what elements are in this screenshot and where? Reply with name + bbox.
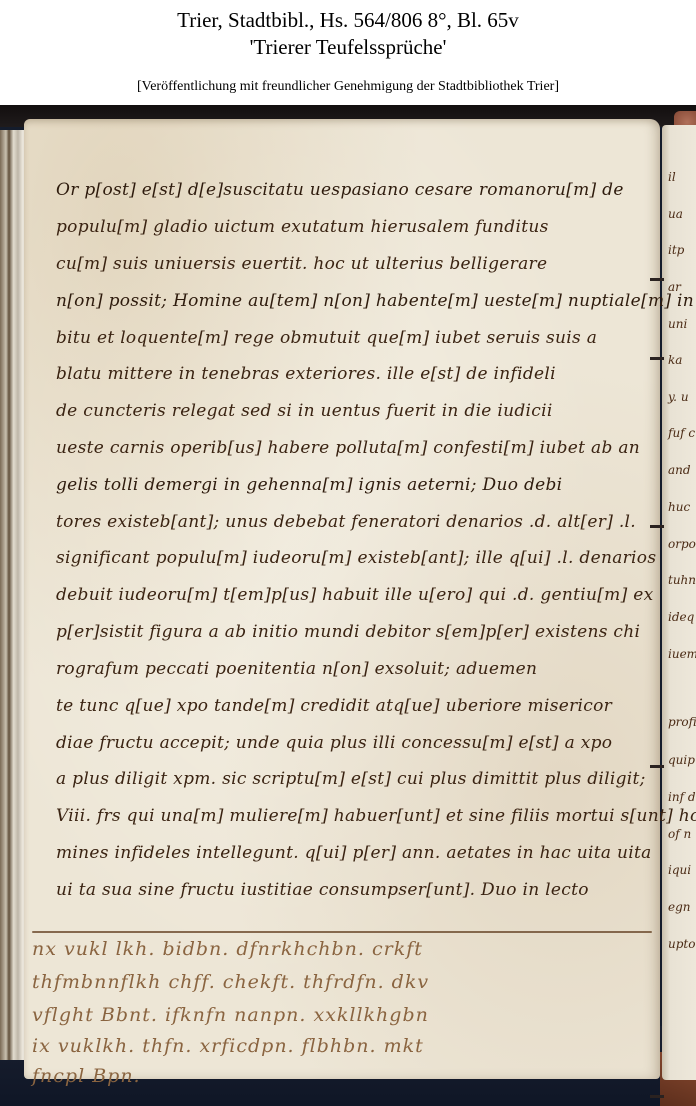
- page-tab-marker: [650, 1095, 664, 1098]
- manuscript-line: p[er]sistit figura a ab initio mundi deb…: [56, 622, 640, 642]
- manuscript-work-title: 'Trierer Teufelssprüche': [0, 35, 696, 59]
- manuscript-line: Or p[ost] e[st] d[e]suscitatu uespasiano…: [56, 180, 624, 200]
- cipher-line: ix vuklkh. thfn. xrficdpn. flbhbn. mkt: [32, 1035, 424, 1057]
- permission-credit-line: [Veröffentlichung mit freundlicher Geneh…: [0, 79, 696, 95]
- manuscript-line: ui ta sua sine fructu iustitiae consumps…: [56, 880, 589, 900]
- facing-fragment: ideq: [668, 610, 694, 624]
- manuscript-line: populu[m] gladio uictum exutatum hierusa…: [56, 217, 549, 237]
- cipher-line: vflght Bbnt. ifknfn nanpn. xxkllkhgbn: [32, 1004, 429, 1026]
- facing-fragment: huc: [668, 500, 690, 514]
- cipher-line: thfmbnnflkh chff. chekft. thfrdfn. dkv: [32, 971, 429, 993]
- facing-fragment: fuf c: [668, 426, 695, 440]
- facing-fragment: ka: [668, 353, 682, 367]
- facing-fragment: profi: [668, 715, 696, 729]
- page-tab-marker: [650, 525, 664, 528]
- manuscript-line: Viii. frs qui una[m] muliere[m] habuer[u…: [56, 806, 696, 826]
- page-tab-marker: [650, 278, 664, 281]
- manuscript-line: significant populu[m] iudeoru[m] existeb…: [56, 548, 656, 568]
- cipher-line: nx vukl lkh. bidbn. dfnrkhchbn. crkft: [32, 938, 423, 960]
- page-tab-marker: [650, 765, 664, 768]
- facing-fragment: ua: [668, 207, 683, 221]
- manuscript-shelfmark-title: Trier, Stadtbibl., Hs. 564/806 8°, Bl. 6…: [0, 8, 696, 32]
- manuscript-line: tores existeb[ant]; unus debebat fenerat…: [56, 512, 636, 532]
- manuscript-line: diae fructu accepit; unde quia plus illi…: [56, 733, 612, 753]
- manuscript-line: gelis tolli demergi in gehenna[m] ignis …: [56, 475, 562, 495]
- facing-page-strip: il ua itp ar uni ka y. u fuf c and huc o…: [662, 125, 696, 1080]
- facing-fragment: itp: [668, 243, 684, 257]
- manuscript-photograph: il ua itp ar uni ka y. u fuf c and huc o…: [0, 105, 696, 1106]
- manuscript-line: n[on] possit; Homine au[tem] n[on] haben…: [56, 291, 696, 311]
- ruled-divider-line: [32, 931, 652, 933]
- cipher-line: fncpl Bpn.: [32, 1065, 141, 1087]
- manuscript-line: rografum peccati poenitentia n[on] exsol…: [56, 659, 537, 679]
- facing-fragment: quip: [668, 753, 695, 767]
- facing-fragment: tuhn: [668, 573, 696, 587]
- facing-fragment: and: [668, 463, 691, 477]
- manuscript-line: a plus diligit xpm. sic scriptu[m] e[st]…: [56, 769, 646, 789]
- facing-fragment: uni: [668, 317, 687, 331]
- manuscript-line: te tunc q[ue] xpo tande[m] credidit atq[…: [56, 696, 612, 716]
- facing-fragment: egn: [668, 900, 691, 914]
- facing-fragment: inf d: [668, 790, 696, 804]
- facing-fragment: iuem: [668, 647, 696, 661]
- manuscript-line: blatu mittere in tenebras exteriores. il…: [56, 364, 556, 384]
- manuscript-line: mines infideles intellegunt. q[ui] p[er]…: [56, 843, 652, 863]
- facing-fragment: il: [668, 170, 676, 184]
- manuscript-line: ueste carnis operib[us] habere polluta[m…: [56, 438, 640, 458]
- page-tab-marker: [650, 357, 664, 360]
- facing-fragment: iqui: [668, 863, 691, 877]
- facing-fragment: orpo: [668, 537, 696, 551]
- manuscript-line: cu[m] suis uniuersis euertit. hoc ut ult…: [56, 254, 547, 274]
- facing-fragment: y. u: [668, 390, 689, 404]
- facing-fragment: upto: [668, 937, 695, 951]
- manuscript-line: bitu et loquente[m] rege obmutuit que[m]…: [56, 328, 597, 348]
- facing-fragment: of n: [668, 827, 691, 841]
- manuscript-line: de cuncteris relegat sed si in uentus fu…: [56, 401, 553, 421]
- page-header: Trier, Stadtbibl., Hs. 564/806 8°, Bl. 6…: [0, 0, 696, 105]
- manuscript-line: debuit iudeoru[m] t[em]p[us] habuit ille…: [56, 585, 654, 605]
